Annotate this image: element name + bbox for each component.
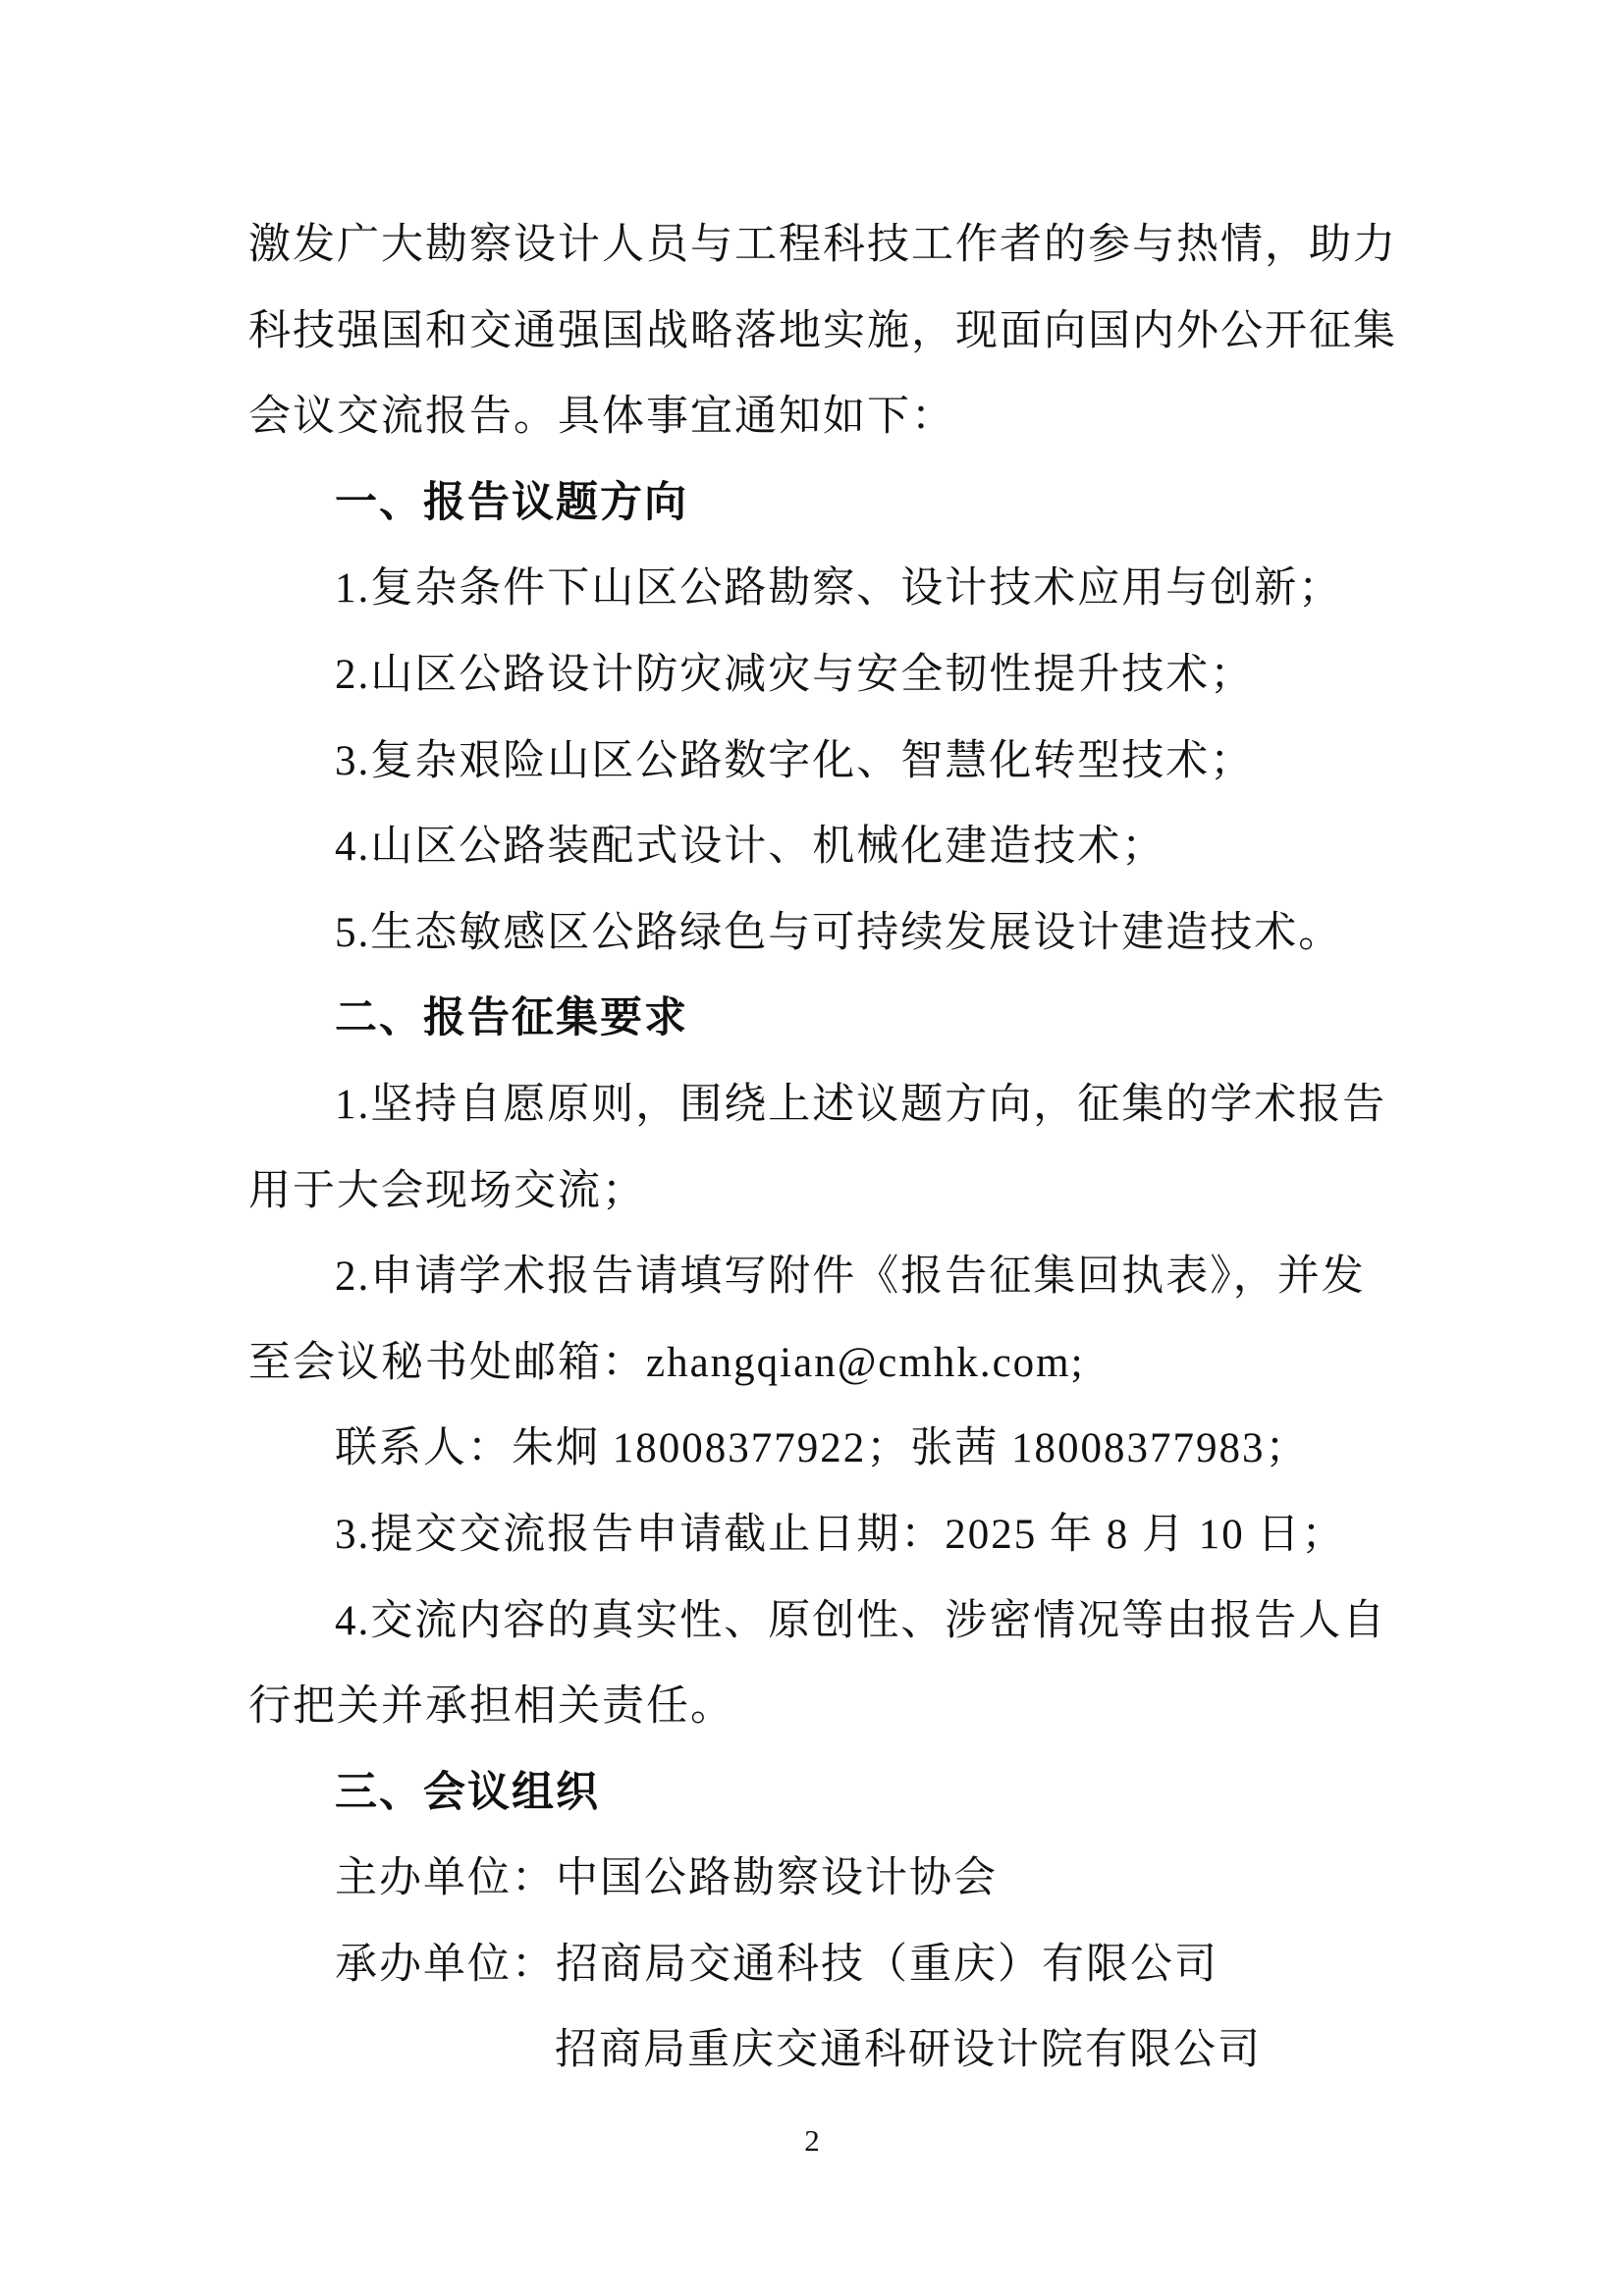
page-number: 2	[0, 2123, 1624, 2159]
contact-persons-line: 联系人：朱炯 18008377922；张茜 18008377983；	[248, 1406, 1403, 1492]
document-page: 激发广大勘察设计人员与工程科技工作者的参与热情，助力 科技强国和交通强国战略落地…	[0, 0, 1624, 2296]
organizer-line-2: 招商局重庆交通科研设计院有限公司	[248, 2007, 1403, 2094]
topic-item-2: 2.山区公路设计防灾减灾与安全韧性提升技术；	[248, 632, 1403, 719]
organizer-line-1: 承办单位：招商局交通科技（重庆）有限公司	[248, 1922, 1403, 2008]
host-organization-line: 主办单位：中国公路勘察设计协会	[248, 1836, 1403, 1922]
topic-item-3: 3.复杂艰险山区公路数字化、智慧化转型技术；	[248, 719, 1403, 805]
topic-item-4: 4.山区公路装配式设计、机械化建造技术；	[248, 804, 1403, 890]
paragraph-line: 会议交流报告。具体事宜通知如下：	[248, 374, 1403, 460]
section-heading-organization: 三、会议组织	[248, 1750, 1403, 1837]
requirement-item-1: 1.坚持自愿原则，围绕上述议题方向，征集的学术报告	[248, 1062, 1403, 1148]
requirement-item-1-cont: 用于大会现场交流；	[248, 1148, 1403, 1235]
requirement-item-3: 3.提交交流报告申请截止日期：2025 年 8 月 10 日；	[248, 1492, 1403, 1578]
topic-item-1: 1.复杂条件下山区公路勘察、设计技术应用与创新；	[248, 546, 1403, 632]
requirement-item-4-cont: 行把关并承担相关责任。	[248, 1664, 1403, 1750]
document-body: 激发广大勘察设计人员与工程科技工作者的参与热情，助力 科技强国和交通强国战略落地…	[248, 202, 1403, 2094]
section-heading-requirements: 二、报告征集要求	[248, 976, 1403, 1062]
requirement-item-2-email: 至会议秘书处邮箱：zhangqian@cmhk.com;	[248, 1320, 1403, 1407]
section-heading-topics: 一、报告议题方向	[248, 460, 1403, 547]
requirement-item-4: 4.交流内容的真实性、原创性、涉密情况等由报告人自	[248, 1578, 1403, 1665]
paragraph-line: 激发广大勘察设计人员与工程科技工作者的参与热情，助力	[248, 202, 1403, 289]
paragraph-line: 科技强国和交通强国战略落地实施，现面向国内外公开征集	[248, 289, 1403, 375]
requirement-item-2: 2.申请学术报告请填写附件《报告征集回执表》，并发	[248, 1234, 1403, 1320]
topic-item-5: 5.生态敏感区公路绿色与可持续发展设计建造技术。	[248, 890, 1403, 977]
